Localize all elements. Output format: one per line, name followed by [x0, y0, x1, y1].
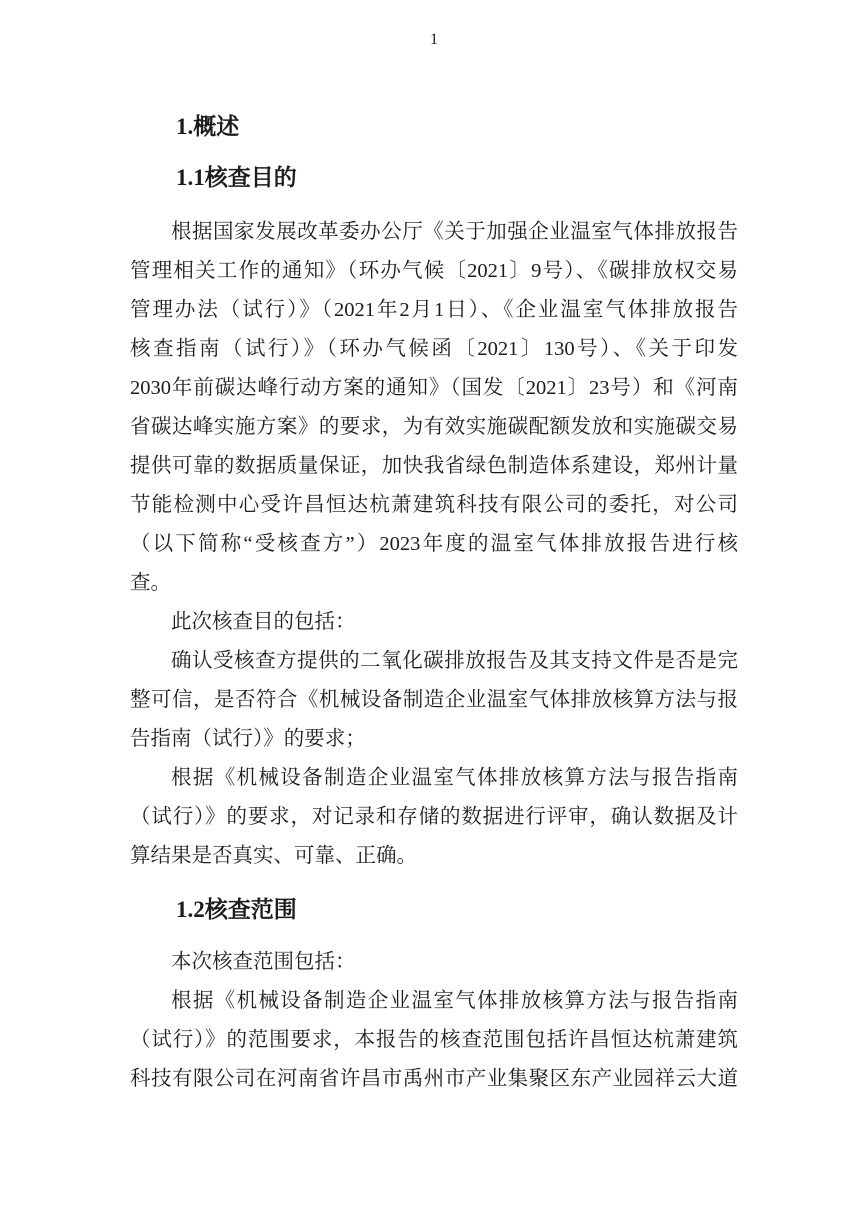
heading-verification-scope: 1.2核查范围 — [130, 892, 738, 928]
text-line: 查。 — [130, 564, 738, 603]
text-line: 确认受核查方提供的二氧化碳排放报告及其支持文件是否是完 — [130, 642, 738, 681]
text-line: 根据国家发展改革委办公厅《关于加强企业温室气体排放报告 — [130, 213, 738, 252]
heading-overview: 1.概述 — [130, 109, 738, 145]
text-line: 核查指南（试行）》（环办气候函〔2021〕130号）、《关于印发 — [130, 330, 738, 369]
text-line: （试行）》的要求，对记录和存储的数据进行评审，确认数据及计 — [130, 798, 738, 837]
text-line: （试行）》的范围要求，本报告的核查范围包括许昌恒达杭萧建筑 — [130, 1021, 738, 1060]
text-line: 本次核查范围包括： — [130, 943, 738, 982]
text-line: 此次核查目的包括： — [130, 603, 738, 642]
document-body: 1.概述1.1核查目的根据国家发展改革委办公厅《关于加强企业温室气体排放报告管理… — [130, 0, 738, 1099]
text-line: 告指南（试行）》的要求； — [130, 720, 738, 759]
para-purpose-item-1: 确认受核查方提供的二氧化碳排放报告及其支持文件是否是完整可信，是否符合《机械设备… — [130, 642, 738, 759]
text-line: （以下简称“受核查方”）2023年度的温室气体排放报告进行核 — [130, 525, 738, 564]
document-page: 1.概述1.1核查目的根据国家发展改革委办公厅《关于加强企业温室气体排放报告管理… — [0, 0, 860, 1216]
text-line: 管理办法（试行）》（2021年2月1日）、《企业温室气体排放报告 — [130, 291, 738, 330]
text-line: 科技有限公司在河南省许昌市禹州市产业集聚区东产业园祥云大道 — [130, 1060, 738, 1099]
heading-verification-purpose: 1.1核查目的 — [130, 160, 738, 196]
para-purpose-intro: 此次核查目的包括： — [130, 603, 738, 642]
para-verification-basis: 根据国家发展改革委办公厅《关于加强企业温室气体排放报告管理相关工作的通知》（环办… — [130, 213, 738, 603]
text-line: 根据《机械设备制造企业温室气体排放核算方法与报告指南 — [130, 759, 738, 798]
para-scope-intro: 本次核查范围包括： — [130, 943, 738, 982]
para-purpose-item-2: 根据《机械设备制造企业温室气体排放核算方法与报告指南（试行）》的要求，对记录和存… — [130, 759, 738, 876]
text-line: 提供可靠的数据质量保证，加快我省绿色制造体系建设，郑州计量 — [130, 447, 738, 486]
text-line: 2030年前碳达峰行动方案的通知》（国发〔2021〕23号）和《河南 — [130, 369, 738, 408]
text-line: 整可信，是否符合《机械设备制造企业温室气体排放核算方法与报 — [130, 681, 738, 720]
text-line: 省碳达峰实施方案》的要求，为有效实施碳配额发放和实施碳交易 — [130, 408, 738, 447]
text-line: 根据《机械设备制造企业温室气体排放核算方法与报告指南 — [130, 982, 738, 1021]
text-line: 算结果是否真实、可靠、正确。 — [130, 837, 738, 876]
text-line: 管理相关工作的通知》（环办气候〔2021〕9号）、《碳排放权交易 — [130, 252, 738, 291]
text-line: 节能检测中心受许昌恒达杭萧建筑科技有限公司的委托，对公司 — [130, 486, 738, 525]
para-scope-detail: 根据《机械设备制造企业温室气体排放核算方法与报告指南（试行）》的范围要求，本报告… — [130, 982, 738, 1099]
